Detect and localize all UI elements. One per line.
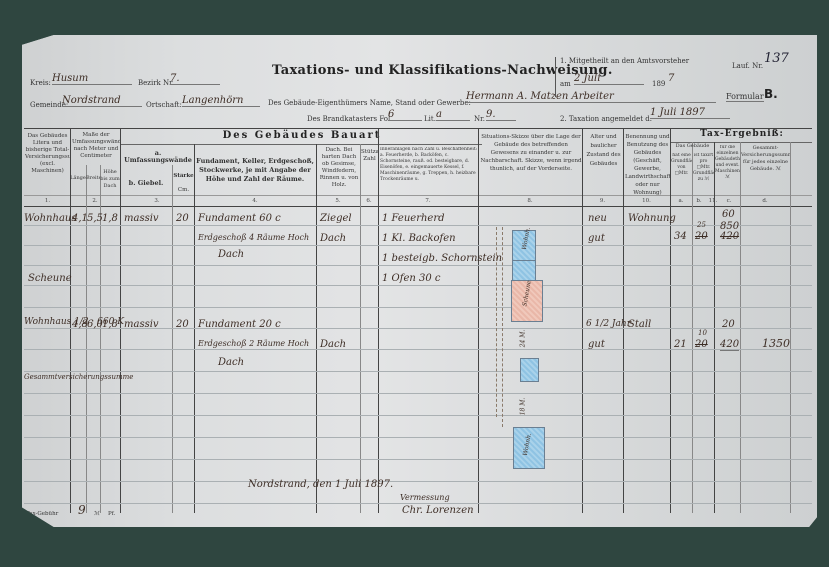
header-laenge: Länge (70, 175, 86, 182)
header-staerke: Stärke (173, 173, 194, 180)
running-no-label: Lauf. Nr. (732, 62, 763, 70)
nr-label: Nr. (474, 115, 485, 123)
sketch-building-stall (512, 260, 536, 282)
row-line (24, 415, 812, 416)
taxation-label: 2. Taxation angemeldet d. (560, 115, 652, 123)
colnum: 1. (25, 198, 70, 204)
col-rule (378, 128, 379, 513)
am-value: 2 Juli (574, 73, 644, 85)
gebuehr-label: Tax-Gebühr (26, 511, 58, 517)
owner-value: Hermann A. Matzen Arbeiter (466, 91, 716, 103)
entry-gesamtsumme: 1350 (762, 337, 790, 350)
kataster-fol: 6 (388, 109, 422, 121)
entry-fundament-b2: Fundament 20 c (198, 319, 281, 330)
entry-11b: 20 (695, 231, 708, 242)
entry-alter: neu (588, 213, 607, 224)
entry-benennung: Wohnung (628, 213, 676, 224)
entry-11b-top: 25 (697, 221, 706, 229)
colnum: 9. (582, 198, 623, 204)
colnum: a. (670, 198, 692, 204)
place-date: Nordstrand, den 1 Juli 1897. (248, 479, 393, 490)
sketch-boundary-line (496, 227, 497, 417)
entry-stockwerke-b2: Erdgeschoß 2 Räume Hoch (198, 339, 309, 348)
header-11d: Gesammt-Versicherungssumme für jedes ein… (741, 145, 790, 173)
entry-wall-material-b2: massiv (124, 319, 159, 330)
header-situations-skizze: Situations-Skizze über die Lage der Gebä… (480, 133, 582, 173)
signature-name: Chr. Lorenzen (402, 505, 474, 516)
entry-11b-top-b2: 10 (698, 329, 707, 337)
header-cm: Cm. (173, 187, 194, 194)
am-label: am (560, 80, 571, 88)
tax-title: Tax-Ergebniß: (672, 129, 812, 139)
header-benennung: Benennung und Benutzung des Gebäudes (Ge… (625, 133, 670, 197)
colnum: 5. (316, 198, 360, 204)
entry-inneranlagen: 1 Feuerherd (382, 213, 445, 224)
gemeinde-value: Nordstrand (62, 95, 142, 107)
header-11a: hat eine Grundfläche von □Mtr. (671, 153, 692, 177)
ortschaft-value: Langenhörn (182, 95, 260, 107)
entry-alter-b2: 6 1/2 Jahr (586, 319, 631, 329)
entry-c1: Wohnhaus (24, 213, 76, 224)
row-line (24, 285, 812, 286)
header-bottom-rule (24, 206, 812, 207)
mark-label: ℳ (94, 511, 100, 517)
colnum: 6. (360, 198, 378, 204)
entry-stockwerke: Erdgeschoß 4 Räume Hoch (198, 233, 309, 242)
entry-wall-material: massiv (124, 213, 159, 224)
bezirk-value: 7. (170, 73, 220, 85)
header-dach: Dach. Bei harten Dach ob Gesimse, Windfe… (318, 147, 360, 189)
entry-wall-cm-b2: 20 (176, 319, 189, 330)
entry-dach-b2-2: Dach (218, 357, 244, 368)
entry-backofen: 1 Kl. Backofen (382, 233, 456, 244)
sketch-distance: 18 M. (519, 398, 526, 416)
running-no-value: 137 (764, 51, 789, 66)
col-rule (670, 128, 671, 513)
bauart-title: Des Gebäudes Bauart (122, 130, 482, 141)
entry-dach-b2: Dach (320, 339, 346, 350)
mitgeteilt-label: 1. Mitgetheilt an den Amtsvorsteher (560, 57, 689, 65)
kreis-value: Husum (52, 73, 132, 85)
kreis-label: Kreis: (30, 79, 51, 87)
colnum: 7. (378, 198, 478, 204)
kataster-label: Des Brandkatasters Fol. (307, 115, 393, 123)
entry-11c-b2-total: 420 (720, 339, 739, 351)
header-hoehe: Höhe bis zum Dach (100, 169, 120, 190)
entry-zustand-b2: gut (588, 339, 605, 350)
row-line (24, 245, 812, 246)
nr-value: 9. (486, 109, 516, 121)
colnum: d. (740, 198, 790, 204)
entry-schornstein: 1 besteigb. Schornstein (382, 253, 502, 264)
gebuehr-value: 9 (78, 503, 86, 517)
ortschaft-label: Ortschaft: (146, 101, 182, 109)
entry-breite-b2: 6,0 (87, 319, 103, 330)
header-fundament: Fundament, Keller, Erdgeschoß, Stockwerk… (196, 157, 314, 184)
colnum: 8. (478, 198, 582, 204)
header-col-1: Das Gebäudes Litera und bisherige Total-… (25, 133, 70, 175)
row-line (24, 307, 812, 308)
sketch-distance: 24 M. (519, 330, 526, 348)
entry-11c-b2: 20 (722, 319, 735, 330)
entry-11c: 420 (720, 231, 739, 242)
entry-ofen: 1 Ofen 30 c (382, 273, 440, 284)
entry-breite: 5,5 (87, 213, 103, 224)
entry-laenge: 4,1 (72, 213, 88, 224)
header-breite: Breite (86, 175, 100, 182)
entry-c1-scheune: Scheune (28, 273, 72, 284)
entry-11a-b2: 21 (674, 339, 687, 350)
entry-hoehe: 1,8 (102, 213, 118, 224)
header-das-gebaeude: Das Gebäude (671, 143, 714, 150)
header-stuetz: Stützabteilen Zahl (361, 149, 378, 163)
owner-label: Des Gebäude-Eigenthümers Name, Stand ode… (268, 99, 471, 107)
entry-11a: 34 (674, 231, 687, 242)
entry-dach-2: Dach (320, 233, 346, 244)
colnum: c. (718, 198, 740, 204)
header-11b: ist taxirt pro □Mtr. Grundfläche zu ℳ (693, 153, 714, 183)
bauart-rule (120, 144, 482, 145)
col-rule (478, 128, 479, 513)
row-line (24, 371, 812, 372)
header-inneranlagen: Inneranlagen nach Zahl u. Beschaffenheit… (380, 147, 478, 183)
taxation-document: Kreis: Husum Bezirk Nr. 7. Gemeinde: Nor… (22, 35, 817, 527)
entry-dach-3: Dach (218, 249, 244, 260)
col-rule (172, 165, 173, 513)
pf-label: Pf. (108, 511, 115, 517)
taxation-value: 1 Juli 1897 (650, 107, 730, 119)
header-giebel: b. Giebel. (122, 180, 170, 187)
colnum: 4. (194, 198, 316, 204)
header-umfassungswaende: a. Umfassungswände (122, 150, 194, 164)
row-line (24, 349, 812, 350)
row-line (24, 265, 812, 266)
entry-gesamtversicherung-note: Gesammtversicherungssumme (24, 373, 133, 381)
colnum: b. (692, 198, 706, 204)
entry-11c: 60 (722, 209, 735, 220)
colnum: 10. (623, 198, 670, 204)
entry-laenge-b2: 4,8 (72, 319, 88, 330)
sketch-building-b2-small (520, 358, 539, 382)
colnum: 2. (70, 198, 120, 204)
entry-11b-b2: 20 (695, 339, 708, 350)
row-line (24, 437, 812, 438)
row-line (24, 225, 812, 226)
entry-wall-cm: 20 (176, 213, 189, 224)
bracket (555, 57, 558, 97)
entry-benennung-b2: Stall (628, 319, 651, 330)
header-11c: für die einzelnen Gebäudetheile und even… (715, 145, 740, 181)
colnum: 3. (120, 198, 194, 204)
header-alter: Alter und baulicher Zustand des Gebäudes (584, 133, 623, 169)
lit-label: Lit. (424, 115, 436, 123)
document-title: Taxations- und Klassifikations-Nachweisu… (272, 63, 613, 78)
entry-hoehe-b2: 1,8 (102, 319, 118, 330)
row-line (24, 459, 812, 460)
bezirk-label: Bezirk Nr. (138, 79, 174, 87)
entry-zustand: gut (588, 233, 605, 244)
year-prefix: 189 (652, 80, 665, 88)
signature-role: Vermessung (400, 493, 450, 502)
year-suffix: 7 (668, 73, 674, 84)
form-letter: B. (764, 87, 778, 101)
entry-fundament: Fundament 60 c (198, 213, 281, 224)
row-line (24, 481, 812, 482)
row-line (24, 393, 812, 394)
colnum-rule (24, 195, 812, 196)
sketch-boundary-line (502, 227, 503, 427)
entry-dach: Ziegel (320, 213, 352, 224)
col-rule (582, 128, 583, 513)
header-col-2: Maße der Umfassungswände nach Meter und … (72, 132, 120, 160)
lit-value: a (436, 109, 470, 121)
form-label: Formular (726, 92, 764, 102)
row-line (24, 503, 812, 504)
